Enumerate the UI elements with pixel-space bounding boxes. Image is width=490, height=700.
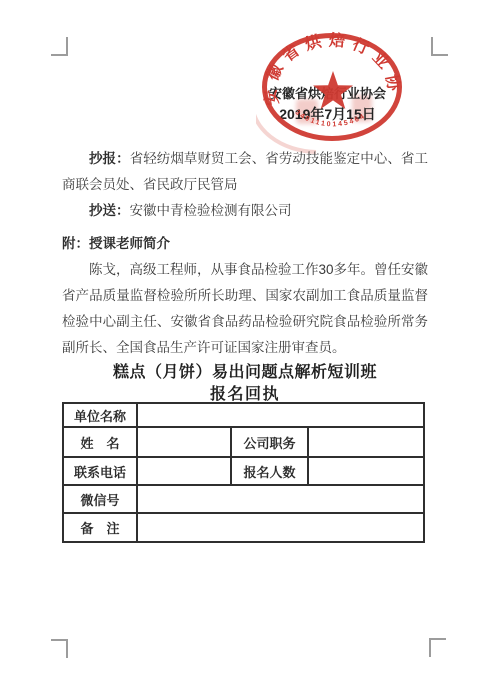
- attachment-heading: 附：授课老师简介: [62, 231, 428, 257]
- registration-table: 单位名称 姓 名 公司职务 联系电话 报名人数 微信号 备 注: [62, 402, 425, 543]
- count-label: 报名人数: [231, 457, 308, 485]
- copy-send-label: 抄送：: [89, 203, 130, 218]
- corner-mark-bottom-left: [51, 639, 68, 658]
- count-value: [308, 457, 424, 485]
- unit-name-label: 单位名称: [63, 403, 137, 427]
- official-seal: 安徽省烘焙行业协会 3401110145464: [256, 28, 412, 158]
- svg-text:3401110145464: 3401110145464: [294, 109, 366, 128]
- name-value: [137, 427, 231, 457]
- copy-send-text: 安徽中青检验检测有限公司: [130, 203, 292, 218]
- table-row: 单位名称: [63, 403, 424, 427]
- phone-label: 联系电话: [63, 457, 137, 485]
- table-row: 微信号: [63, 485, 424, 513]
- corner-mark-top-left: [51, 37, 68, 56]
- table-row: 备 注: [63, 513, 424, 542]
- unit-name-value: [137, 403, 424, 427]
- table-row: 姓 名 公司职务: [63, 427, 424, 457]
- table-row: 联系电话 报名人数: [63, 457, 424, 485]
- distribution-block: 抄报：省轻纺烟草财贸工会、省劳动技能鉴定中心、省工商联会员处、省民政厅民管局 抄…: [62, 146, 428, 224]
- remark-label: 备 注: [63, 513, 137, 542]
- copy-send-line: 抄送：安徽中青检验检测有限公司: [62, 198, 428, 224]
- position-value: [308, 427, 424, 457]
- copy-report-line: 抄报：省轻纺烟草财贸工会、省劳动技能鉴定中心、省工商联会员处、省民政厅民管局: [62, 146, 428, 198]
- form-title: 糕点（月饼）易出问题点解析短训班: [0, 362, 490, 384]
- phone-value: [137, 457, 231, 485]
- corner-mark-top-right: [431, 37, 448, 56]
- position-label: 公司职务: [231, 427, 308, 457]
- seal-code-text: 3401110145464: [294, 109, 366, 128]
- wechat-value: [137, 485, 424, 513]
- attachment-body: 陈戈，高级工程师，从事食品检验工作30多年。曾任安徽省产品质量监督检验所所长助理…: [62, 257, 428, 361]
- seal-star: [313, 71, 353, 109]
- name-label: 姓 名: [63, 427, 137, 457]
- remark-value: [137, 513, 424, 542]
- corner-mark-bottom-right: [429, 638, 446, 657]
- form-title-block: 糕点（月饼）易出问题点解析短训班 报名回执: [0, 362, 490, 406]
- copy-report-label: 抄报：: [89, 151, 130, 166]
- scanned-notice-page: { "seal": { "arc_text": "安徽省烘焙行业协会", "co…: [0, 0, 490, 700]
- wechat-label: 微信号: [63, 485, 137, 513]
- attachment-block: 附：授课老师简介 陈戈，高级工程师，从事食品检验工作30多年。曾任安徽省产品质量…: [62, 231, 428, 361]
